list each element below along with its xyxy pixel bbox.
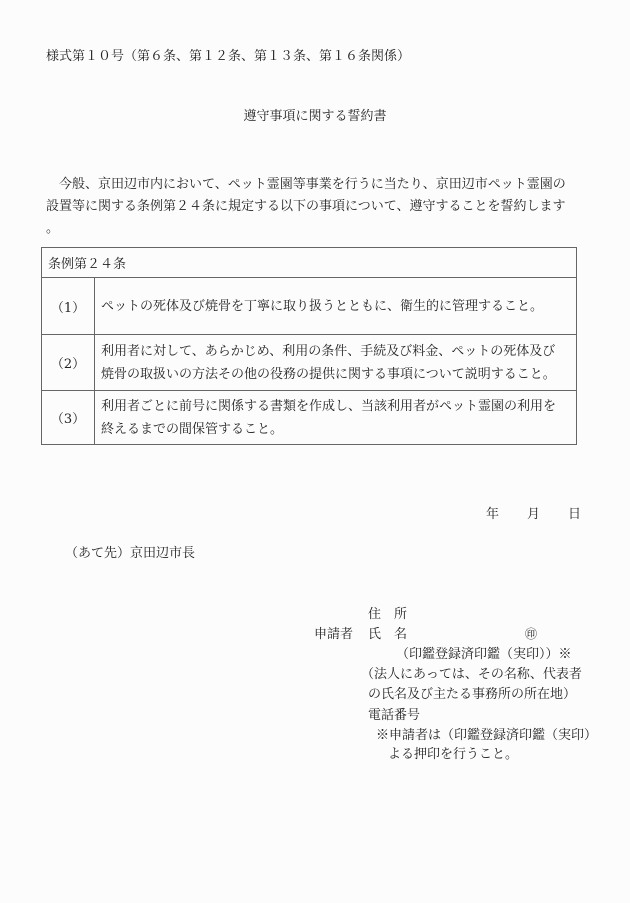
ordinance-rules-table: 条例第２４条 （1） ペットの死体及び焼骨を丁寧に取り扱うとともに、衛生的に管理…: [41, 247, 577, 445]
document-title: 遵守事項に関する誓約書: [0, 110, 630, 123]
seal-icon: ㊞: [525, 628, 537, 640]
intro-line: 今般、京田辺市内において、ペット霊園等事業を行うに当たり、京田辺市ペット霊園の: [46, 174, 586, 196]
item-text: 利用者ごとに前号に関係する書類を作成し、当該利用者がペット霊園の利用を 終えるま…: [95, 391, 577, 445]
date-day-label: 日: [568, 508, 581, 521]
seal-note: （印鑑登録済印鑑（実印））※: [396, 648, 572, 661]
item-text-line: 利用者ごとに前号に関係する書類を作成し、当該利用者がペット霊園の利用を: [101, 395, 576, 418]
seal-instruction-note: ※申請者は（印鑑登録済印鑑（実印）: [376, 729, 597, 742]
item-text-line: ペットの死体及び焼骨を丁寧に取り扱うとともに、衛生的に管理すること。: [101, 295, 576, 318]
phone-label: 電話番号: [368, 709, 420, 722]
item-text-line: 利用者に対して、あらかじめ、利用の条件、手続及び料金、ペットの死体及び: [101, 340, 576, 363]
item-text: 利用者に対して、あらかじめ、利用の条件、手続及び料金、ペットの死体及び 焼骨の取…: [95, 335, 577, 391]
table-header: 条例第２４条: [42, 248, 577, 278]
item-number: （3）: [42, 391, 95, 445]
name-label: 氏 名: [368, 628, 407, 641]
applicant-label: 申請者: [314, 628, 353, 641]
intro-paragraph: 今般、京田辺市内において、ペット霊園等事業を行うに当たり、京田辺市ペット霊園の …: [46, 174, 586, 240]
date-year-label: 年: [486, 508, 499, 521]
intro-line: 。: [46, 218, 586, 240]
corporation-note: （法人にあっては、その名称、代表者: [361, 668, 582, 681]
item-number: （2）: [42, 335, 95, 391]
form-number: 様式第１０号（第６条、第１２条、第１３条、第１６条関係）: [46, 50, 410, 63]
corporation-note: の氏名及び主たる事務所の所在地）: [368, 688, 576, 701]
table-row: （1） ペットの死体及び焼骨を丁寧に取り扱うとともに、衛生的に管理すること。: [42, 278, 577, 335]
address-label: 住 所: [368, 608, 407, 621]
item-number: （1）: [42, 278, 95, 335]
date-month-label: 月: [527, 508, 540, 521]
intro-line: 設置等に関する条例第２４条に規定する以下の事項について、遵守することを誓約します: [46, 196, 586, 218]
item-text: ペットの死体及び焼骨を丁寧に取り扱うとともに、衛生的に管理すること。: [95, 278, 577, 335]
item-text-line: 焼骨の取扱いの方法その他の役務の提供に関する事項について説明すること。: [101, 363, 576, 386]
date-line: 年月日: [486, 508, 581, 521]
item-text-line: 終えるまでの間保管すること。: [101, 418, 576, 441]
seal-instruction-note: よる押印を行うこと。: [388, 748, 518, 761]
addressee: （あて先）京田辺市長: [65, 547, 195, 560]
table-row: （2） 利用者に対して、あらかじめ、利用の条件、手続及び料金、ペットの死体及び …: [42, 335, 577, 391]
table-row: （3） 利用者ごとに前号に関係する書類を作成し、当該利用者がペット霊園の利用を …: [42, 391, 577, 445]
